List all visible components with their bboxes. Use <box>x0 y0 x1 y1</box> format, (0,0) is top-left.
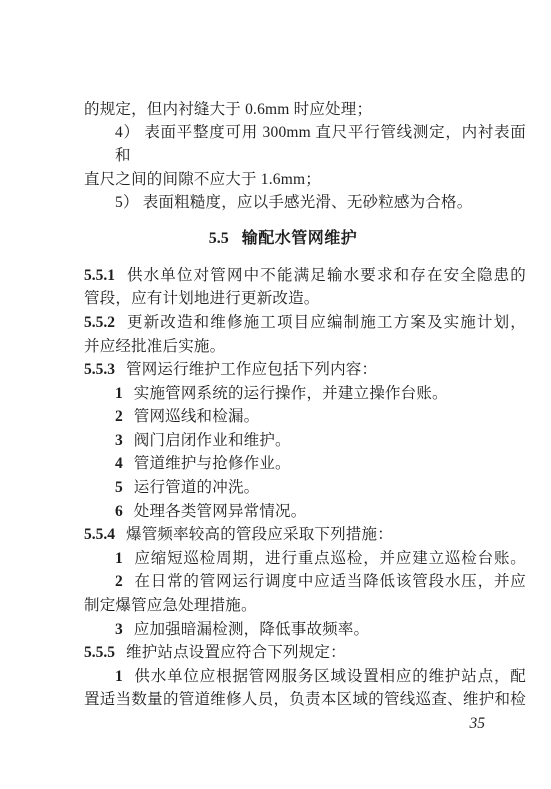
page-number: 35 <box>84 712 526 736</box>
text-line: 5运行管道的冲洗。 <box>84 476 526 500</box>
clause-number: 3 <box>115 432 123 449</box>
clause-number: 2 <box>115 408 123 425</box>
text-line: 管段，应有计划地进行更新改造。 <box>84 287 526 311</box>
line-text: 应加强暗漏检测，降低事故频率。 <box>134 621 370 638</box>
text-line: 的规定，但内衬缝大于 0.6mm 时应处理； <box>84 98 526 121</box>
text-line: 并应经批准后实施。 <box>84 335 526 359</box>
line-text: 管网运行维护工作应包括下列内容： <box>126 361 377 378</box>
clause-number: 5.5.3 <box>84 361 115 378</box>
clause-number: 6 <box>115 503 123 520</box>
clause-number: 5.5.5 <box>84 644 115 661</box>
clause-number: 1 <box>115 668 123 685</box>
line-text: 运行管道的冲洗。 <box>134 479 260 496</box>
text-line: 直尺之间的间隙不应大于 1.6mm； <box>84 168 526 191</box>
line-text: 更新改造和维修施工项目应编制施工方案及实施计划， <box>126 314 526 331</box>
clause-number: 2 <box>115 573 123 590</box>
line-text: 置适当数量的管道维修人员，负责本区域的管线巡查、维护和检 <box>84 691 526 708</box>
line-text: 的规定，但内衬缝大于 0.6mm 时应处理； <box>84 101 372 118</box>
text-line: 置适当数量的管道维修人员，负责本区域的管线巡查、维护和检 <box>84 688 526 712</box>
text-line: 4管道维护与抢修作业。 <box>84 452 526 476</box>
line-text: 供水单位对管网中不能满足输水要求和存在安全隐患的 <box>126 267 526 284</box>
clause-number: 5 <box>115 479 123 496</box>
text-block: 的规定，但内衬缝大于 0.6mm 时应处理；4） 表面平整度可用 300mm 直… <box>84 98 526 736</box>
line-text: 并应经批准后实施。 <box>84 338 225 355</box>
text-line: 制定爆管应急处理措施。 <box>84 594 526 618</box>
line-text: 直尺之间的间隙不应大于 1.6mm； <box>84 171 321 188</box>
line-text: 应缩短巡检周期，进行重点巡检，并应建立巡检台账。 <box>134 550 526 567</box>
line-text: 管道维护与抢修作业。 <box>134 455 291 472</box>
text-line: 2管网巡线和检漏。 <box>84 405 526 429</box>
text-line: 3应加强暗漏检测，降低事故频率。 <box>84 618 526 642</box>
text-line: 5.5.2更新改造和维修施工项目应编制施工方案及实施计划， <box>84 311 526 335</box>
section-heading-title: 输配水管网维护 <box>242 230 358 247</box>
text-line: 4） 表面平整度可用 300mm 直尺平行管线测定，内衬表面和 <box>84 121 526 167</box>
clause-number: 5.5.2 <box>84 314 115 331</box>
text-line: 5.5.4爆管频率较高的管段应采取下列措施： <box>84 523 526 547</box>
text-line: 2在日常的管网运行调度中应适当降低该管段水压，并应 <box>84 570 526 594</box>
text-line: 5.5.1供水单位对管网中不能满足输水要求和存在安全隐患的 <box>84 264 526 288</box>
line-text: 管段，应有计划地进行更新改造。 <box>84 290 320 307</box>
line-text: 爆管频率较高的管段应采取下列措施： <box>126 526 393 543</box>
text-line: 1实施管网系统的运行操作，并建立操作台账。 <box>84 382 526 406</box>
text-line: 1应缩短巡检周期，进行重点巡检，并应建立巡检台账。 <box>84 547 526 571</box>
clause-number: 5.5.4 <box>84 526 115 543</box>
line-text: 5） 表面粗糙度，应以手感光滑、无砂粒感为合格。 <box>115 194 472 211</box>
text-line: 6处理各类管网异常情况。 <box>84 500 526 524</box>
clause-number: 4 <box>115 455 123 472</box>
line-text: 在日常的管网运行调度中应适当降低该管段水压，并应 <box>134 573 526 590</box>
text-line: 3阀门启闭作业和维护。 <box>84 429 526 453</box>
clause-number: 5.5.1 <box>84 267 115 284</box>
text-line: 1供水单位应根据管网服务区域设置相应的维护站点，配 <box>84 665 526 689</box>
section-heading: 5.5输配水管网维护 <box>84 227 482 250</box>
line-text: 供水单位应根据管网服务区域设置相应的维护站点，配 <box>134 668 526 685</box>
line-text: 阀门启闭作业和维护。 <box>134 432 291 449</box>
text-line: 5.5.3管网运行维护工作应包括下列内容： <box>84 358 526 382</box>
line-text: 实施管网系统的运行操作，并建立操作台账。 <box>134 385 448 402</box>
paragraph-group-main: 5.5.1供水单位对管网中不能满足输水要求和存在安全隐患的管段，应有计划地进行更… <box>84 264 526 712</box>
text-line: 5） 表面粗糙度，应以手感光滑、无砂粒感为合格。 <box>84 191 526 214</box>
section-heading-number: 5.5 <box>209 230 229 247</box>
line-text: 制定爆管应急处理措施。 <box>84 597 257 614</box>
line-text: 处理各类管网异常情况。 <box>134 503 307 520</box>
clause-number: 1 <box>115 385 123 402</box>
line-text: 维护站点设置应符合下列规定： <box>126 644 346 661</box>
clause-number: 1 <box>115 550 123 567</box>
clause-number: 3 <box>115 621 123 638</box>
paragraph-group-top: 的规定，但内衬缝大于 0.6mm 时应处理；4） 表面平整度可用 300mm 直… <box>84 98 526 214</box>
document-page: { "document": { "section_heading": { "nu… <box>0 0 551 789</box>
text-line: 5.5.5维护站点设置应符合下列规定： <box>84 641 526 665</box>
line-text: 4） 表面平整度可用 300mm 直尺平行管线测定，内衬表面和 <box>115 124 526 164</box>
line-text: 管网巡线和检漏。 <box>134 408 260 425</box>
